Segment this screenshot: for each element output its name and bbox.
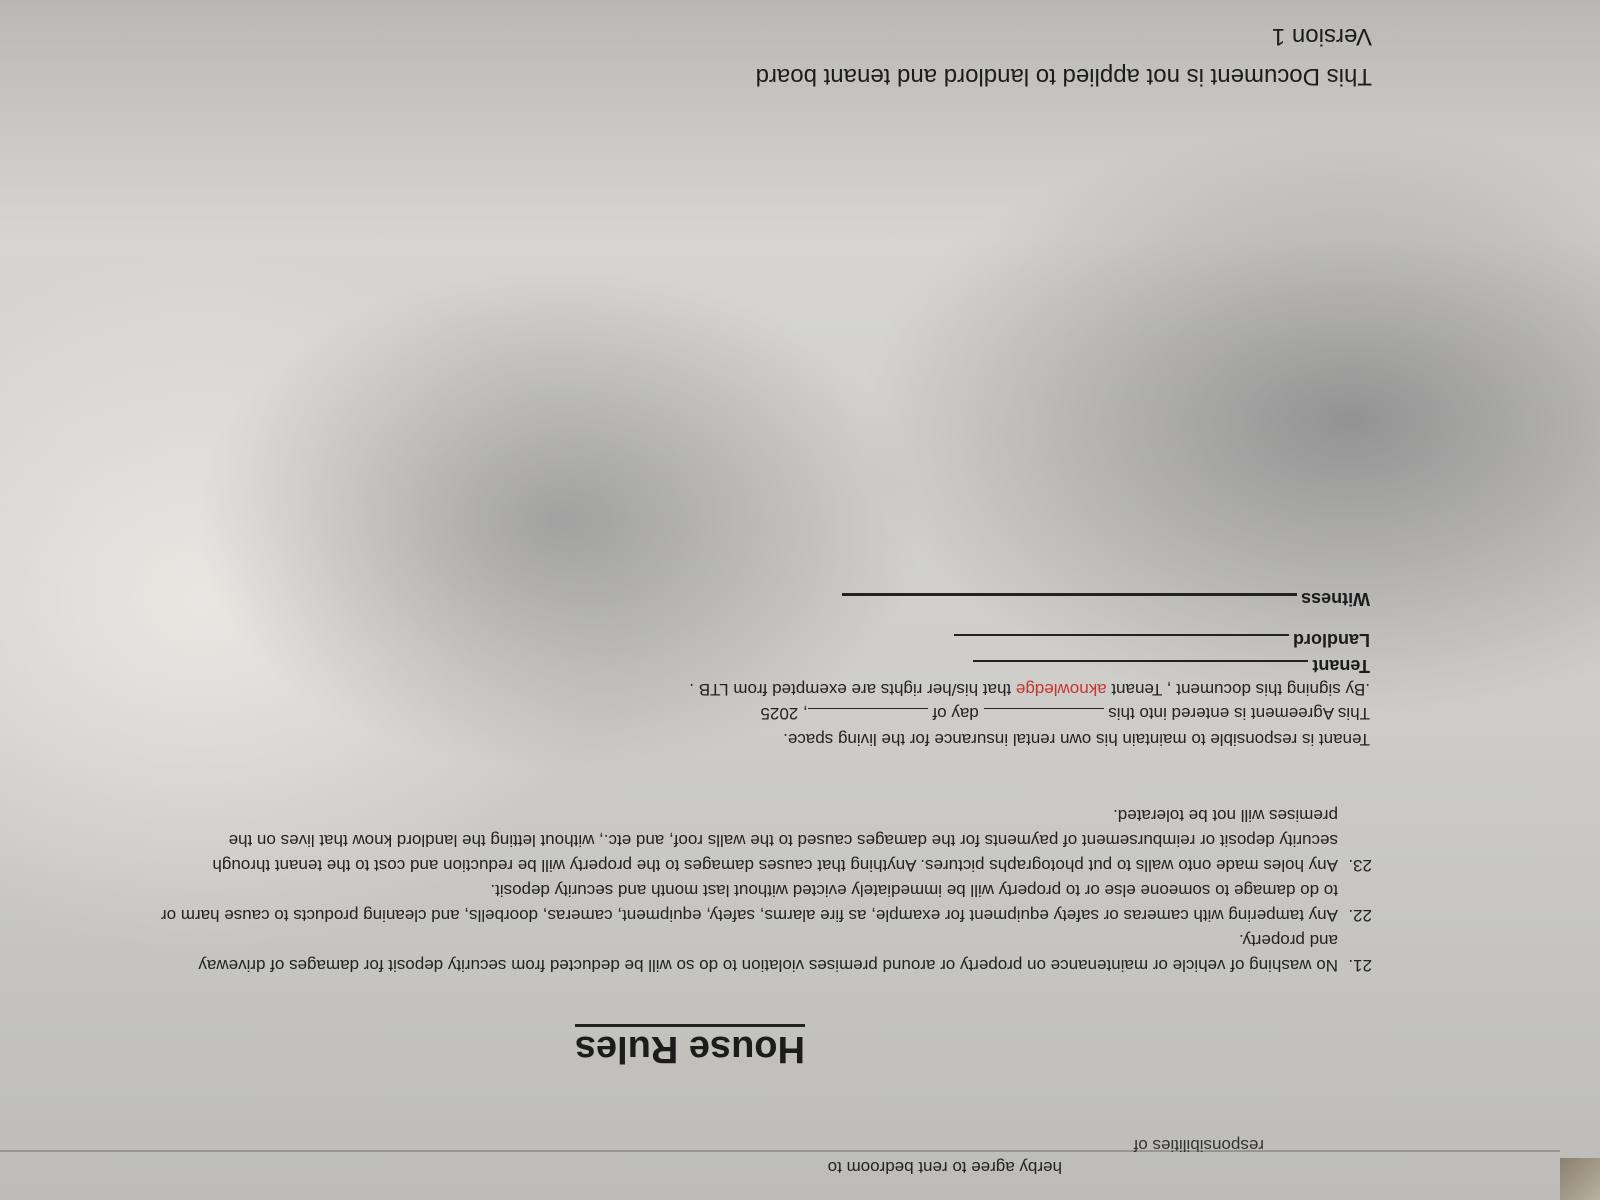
document-title: House Rules (575, 1024, 805, 1070)
rule-text-cont: to do damage to someone else or to prope… (490, 881, 1338, 900)
rule-23: 23.Any holes made onto walls to put phot… (212, 803, 1372, 878)
version-label: Version 1 (1272, 22, 1372, 50)
partial-top-line-2: responsibilities of (1134, 1133, 1264, 1158)
rule-text-cont: and property. (1239, 931, 1338, 950)
rule-text: Any holes made onto walls to put photogr… (212, 856, 1338, 875)
rule-number: 23. (1338, 853, 1372, 878)
rule-text-cont: premises will not be tolerated. (1113, 806, 1338, 825)
witness-signature-line[interactable] (842, 593, 1297, 610)
misspelled-highlight: aknowledge (1016, 680, 1107, 699)
rule-text: Any tampering with cameras or safety equ… (161, 906, 1338, 925)
rule-number: 21. (1338, 953, 1372, 978)
rule-21: 21.No washing of vehicle or maintenance … (198, 928, 1372, 978)
rule-text-cont: security deposit or reimbursement of pay… (229, 831, 1338, 850)
rule-text: No washing of vehicle or maintenance on … (198, 956, 1338, 975)
footer-notice: This Document is not applied to landlord… (756, 62, 1372, 90)
rule-22: 22.Any tampering with cameras or safety … (161, 878, 1372, 928)
acknowledgement-line: .By signing this document , Tenant aknow… (689, 677, 1370, 702)
upside-down-document: herby agree to rent bedroom to responsib… (0, 0, 1600, 1200)
witness-signature: Witness (842, 588, 1370, 610)
partial-top-line-1: herby agree to rent bedroom to (828, 1155, 1062, 1180)
insurance-note: Tenant is responsible to maintain his ow… (783, 727, 1370, 752)
tenant-signature-line[interactable] (973, 660, 1308, 676)
rule-number: 22. (1338, 903, 1372, 928)
month-blank[interactable] (808, 708, 928, 723)
day-blank[interactable] (984, 708, 1104, 723)
landlord-signature-line[interactable] (954, 634, 1289, 650)
agreement-line: This Agreement is entered into this day … (760, 701, 1370, 726)
landlord-signature: Landlord (954, 629, 1370, 650)
tenant-signature: Tenant (973, 655, 1370, 676)
